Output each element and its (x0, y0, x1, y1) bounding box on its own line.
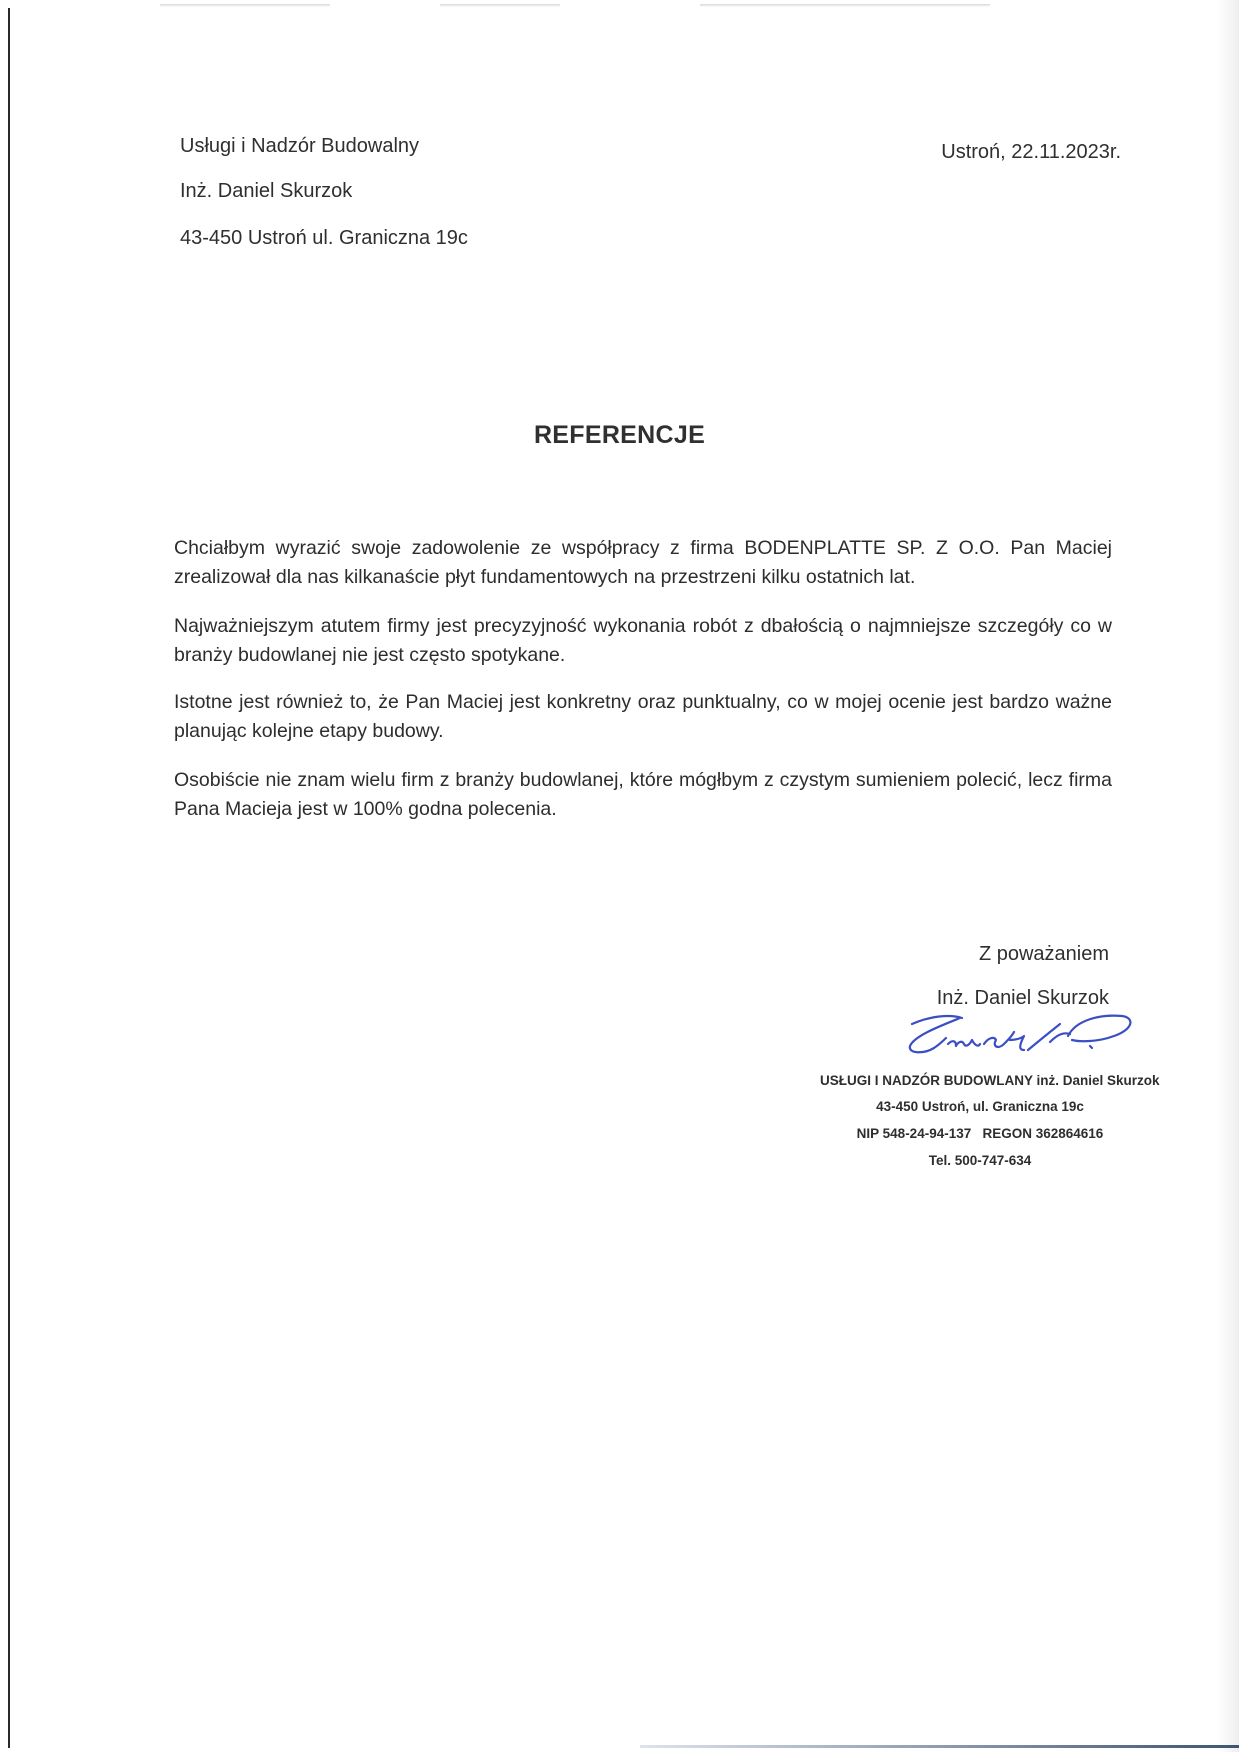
stamp-line-address: 43-450 Ustroń, ul. Graniczna 19c (820, 1099, 1140, 1114)
sender-person: Inż. Daniel Skurzok (180, 180, 352, 203)
scan-edge-top (440, 4, 560, 7)
paragraph: Chciałbym wyrazić swoje zadowolenie ze w… (174, 534, 1112, 592)
paragraph: Osobiście nie znam wielu firm z branży b… (174, 766, 1112, 824)
handwritten-signature (900, 1010, 1150, 1072)
stamp-line-phone: Tel. 500-747-634 (820, 1153, 1140, 1168)
scan-edge-right (1217, 0, 1239, 1752)
paragraph: Istotne jest również to, że Pan Maciej j… (174, 688, 1112, 746)
scan-edge-top (160, 4, 330, 7)
scan-edge-left (8, 8, 10, 1748)
sender-company: Usługi i Nadzór Budowalny (180, 135, 419, 158)
paragraph-text: Osobiście nie znam wielu firm z branży b… (174, 769, 1112, 820)
paragraph-text: Chciałbym wyrazić swoje zadowolenie ze w… (174, 537, 1112, 588)
paragraph: Najważniejszym atutem firmy jest precyzy… (174, 612, 1112, 670)
sender-address: 43-450 Ustroń ul. Graniczna 19c (180, 227, 468, 250)
stamp-line-tax-ids: NIP 548-24-94-137 REGON 362864616 (820, 1126, 1140, 1141)
date-place: Ustroń, 22.11.2023r. (941, 141, 1121, 164)
scan-edge-top (700, 4, 990, 7)
paragraph-text: Najważniejszym atutem firmy jest precyzy… (174, 615, 1112, 666)
stamp-line-company: USŁUGI I NADZÓR BUDOWLANY inż. Daniel Sk… (820, 1073, 1140, 1088)
paragraph-text: Istotne jest również to, że Pan Maciej j… (174, 691, 1112, 742)
closing-salutation: Z poważaniem (979, 943, 1109, 966)
scan-edge-bottom (640, 1745, 1239, 1748)
document-page: Usługi i Nadzór Budowalny Inż. Daniel Sk… (0, 0, 1239, 1752)
document-title: REFERENCJE (0, 421, 1239, 450)
closing-name: Inż. Daniel Skurzok (937, 987, 1109, 1010)
